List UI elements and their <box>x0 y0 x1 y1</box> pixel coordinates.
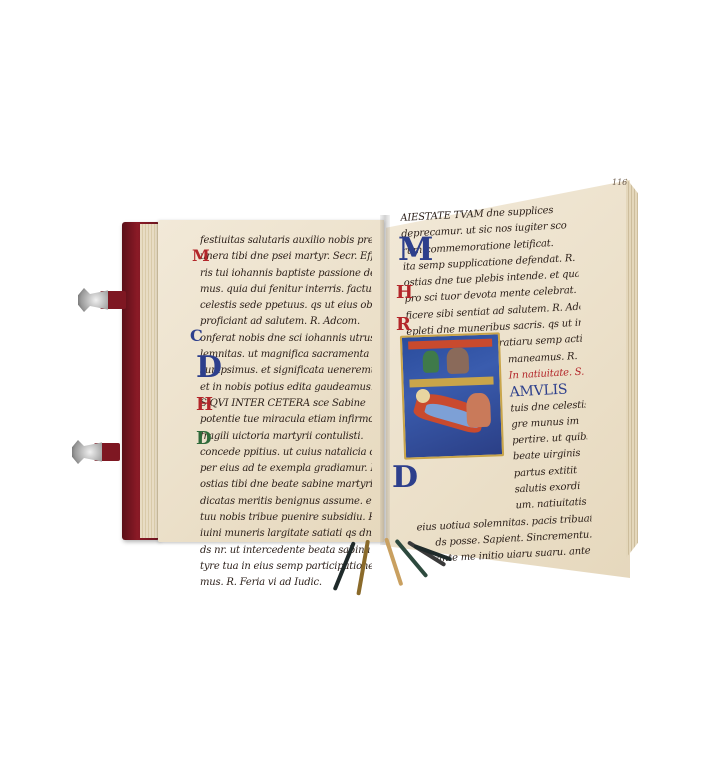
lower-clasp <box>72 440 116 464</box>
text-line: ostias tibi dne beate sabine martyris tu… <box>200 477 372 493</box>
clasp-metal-icon <box>72 440 102 464</box>
text-line: per eius ad te exempla gradiamur. R. Sec… <box>200 461 372 477</box>
decorated-initial: D <box>196 350 222 385</box>
upper-clasp <box>78 288 122 312</box>
text-line: potentie tue miracula etiam infirmo <box>200 412 372 428</box>
text-line: unera tibi dne psei martyr. Secr. Effect… <box>200 249 372 265</box>
folio-number: 116 <box>612 178 627 187</box>
text-line: festiuitas salutaris auxilio nobis prest… <box>200 233 372 249</box>
text-line: ris tui iohannis baptiste passione defer… <box>200 266 372 282</box>
text-line: onferat nobis dne sci iohannis utrusq; s… <box>200 331 372 347</box>
attendant-figure-icon <box>466 393 491 428</box>
initial-letter: M <box>192 246 210 265</box>
text-line: S QVI INTER CETERA sce Sabine <box>200 396 372 412</box>
text-line: lemnitas. ut magnifica sacramenta que <box>200 347 372 363</box>
figure-icon <box>422 350 439 373</box>
bookmark-ribbons <box>332 536 452 600</box>
decorated-initial: M <box>398 230 433 268</box>
right-page-stack <box>626 178 638 558</box>
book-gutter <box>380 215 390 545</box>
miniature-border <box>409 377 493 388</box>
historiated-initial-miniature <box>400 332 504 459</box>
text-line: mus. quia dui fenitur interris. factus e… <box>200 282 372 298</box>
initial-letter: H <box>396 282 413 303</box>
text-line: proficiant ad salutem. R. Adcom. <box>200 314 372 330</box>
text-line: fragili uictoria martyrii contulisti. <box>200 429 372 445</box>
initial-letter: R <box>396 314 411 335</box>
text-line: tuu nobis tribue puenire subsidiu. R. Ad… <box>200 510 372 526</box>
clasp-metal-icon <box>78 288 108 312</box>
text-line: sumpsimus. et significata ueneremur. <box>200 363 372 379</box>
text-line: et in nobis potius edita gaudeamus. R. <box>200 380 372 396</box>
text-line: concede ppitius. ut cuius natalicia coli… <box>200 445 372 461</box>
decorated-initial: D <box>392 460 418 495</box>
miniature-border <box>408 339 492 350</box>
figure-icon <box>446 347 469 374</box>
text-line: celestis sede ppetuus. qs ut eius obtent… <box>200 298 372 314</box>
initial-letter: C <box>190 326 203 345</box>
ribbon <box>333 541 356 591</box>
initial-letter: H <box>196 394 213 415</box>
text-line: dicatas meritis benignus assume. et ad p… <box>200 494 372 510</box>
ribbon <box>356 540 370 596</box>
manuscript-scene: 116 festiuitas salutaris auxilio nobis p… <box>0 0 710 780</box>
initial-letter: D <box>196 428 212 449</box>
